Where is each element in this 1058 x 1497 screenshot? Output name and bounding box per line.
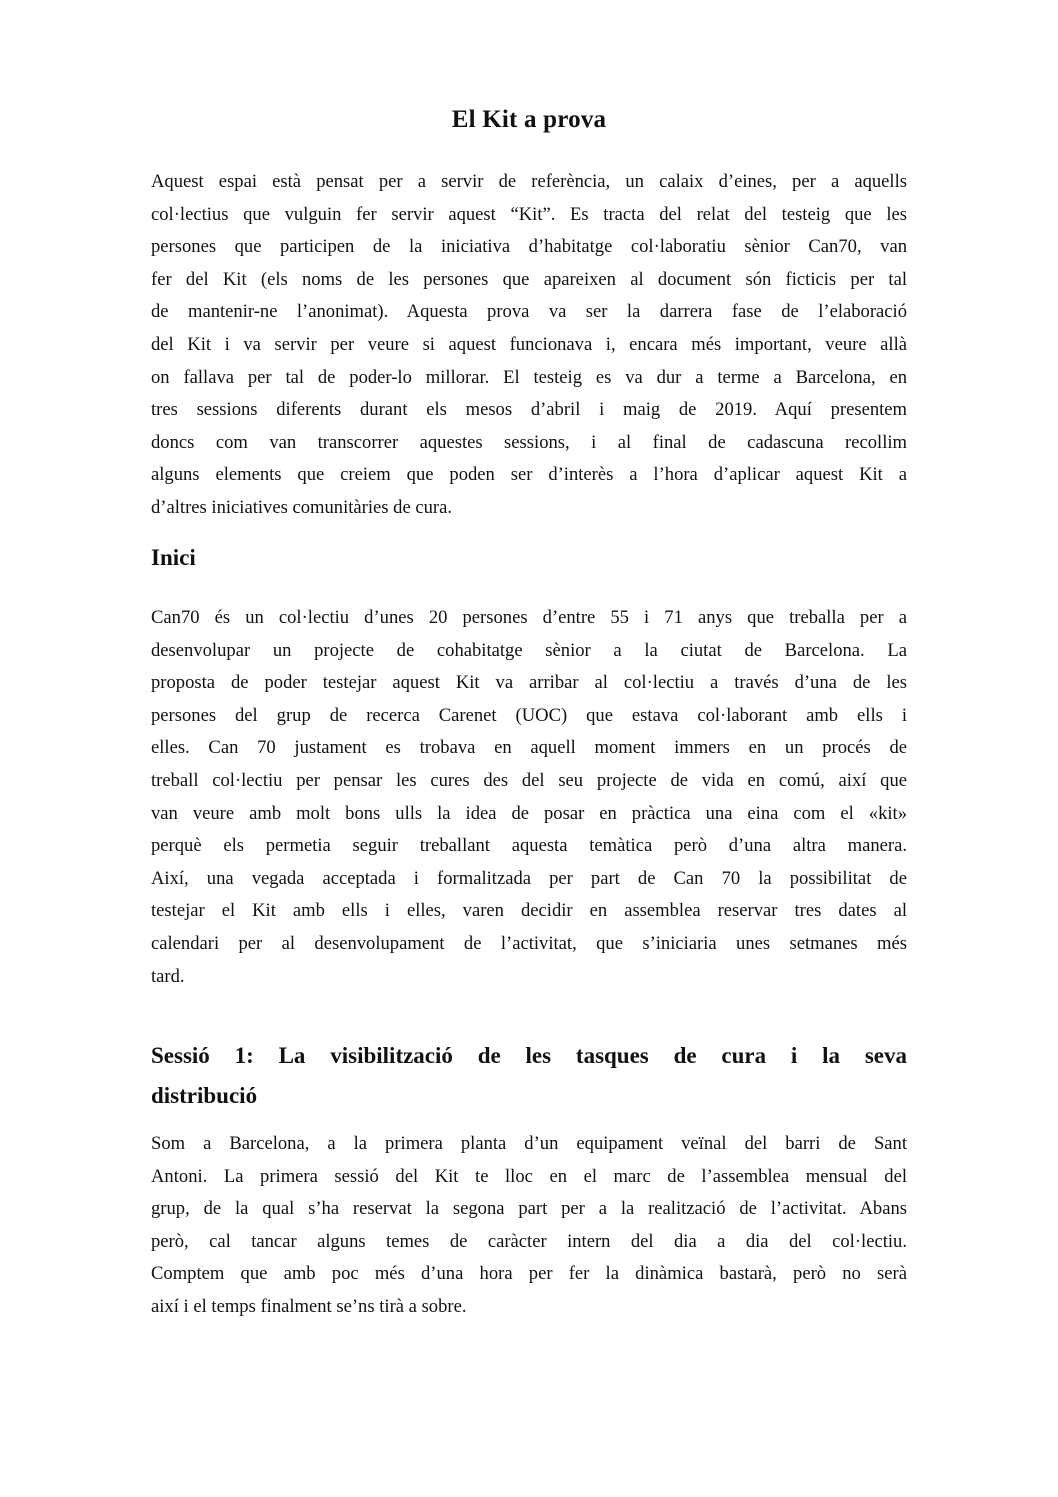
text-line: on fallava per tal de poder-lo millorar.… [151, 362, 907, 395]
text-line: elles. Can 70 justament es trobava en aq… [151, 732, 907, 765]
text-line: testejar el Kit amb ells i elles, varen … [151, 895, 907, 928]
document-page: El Kit a prova Aquest espai està pensat … [0, 0, 1058, 1497]
section-heading-inici: Inici [151, 538, 907, 578]
text-line: Aquest espai està pensat per a servir de… [151, 166, 907, 199]
text-line: proposta de poder testejar aquest Kit va… [151, 667, 907, 700]
text-line: persones del grup de recerca Carenet (UO… [151, 700, 907, 733]
text-line: Can70 és un col·lectiu d’unes 20 persone… [151, 602, 907, 635]
text-line: Antoni. La primera sessió del Kit te llo… [151, 1161, 907, 1194]
text-line: del Kit i va servir per veure si aquest … [151, 329, 907, 362]
heading-line: Sessió 1: La visibilització de les tasqu… [151, 1036, 907, 1076]
intro-paragraph: Aquest espai està pensat per a servir de… [151, 166, 907, 525]
page-title: El Kit a prova [0, 104, 1058, 136]
text-line: de mantenir-ne l’anonimat). Aquesta prov… [151, 296, 907, 329]
text-line: d’altres iniciatives comunitàries de cur… [151, 492, 907, 525]
text-line: Som a Barcelona, a la primera planta d’u… [151, 1128, 907, 1161]
section-heading-sessio-1: Sessió 1: La visibilització de les tasqu… [151, 1036, 907, 1116]
text-line: doncs com van transcorrer aquestes sessi… [151, 427, 907, 460]
text-line: van veure amb molt bons ulls la idea de … [151, 798, 907, 831]
text-line: Així, una vegada acceptada i formalitzad… [151, 863, 907, 896]
text-line: alguns elements que creiem que poden ser… [151, 459, 907, 492]
text-line: tres sessions diferents durant els mesos… [151, 394, 907, 427]
section-inici-paragraph: Can70 és un col·lectiu d’unes 20 persone… [151, 602, 907, 993]
text-line: tard. [151, 961, 907, 994]
text-line: perquè els permetia seguir treballant aq… [151, 830, 907, 863]
text-line: però, cal tancar alguns temes de caràcte… [151, 1226, 907, 1259]
text-line: així i el temps finalment se’ns tirà a s… [151, 1291, 907, 1324]
heading-line: Inici [151, 538, 907, 578]
text-line: desenvolupar un projecte de cohabitatge … [151, 635, 907, 668]
section-sessio-1-paragraph: Som a Barcelona, a la primera planta d’u… [151, 1128, 907, 1324]
text-line: Comptem que amb poc més d’una hora per f… [151, 1258, 907, 1291]
text-line: fer del Kit (els noms de les persones qu… [151, 264, 907, 297]
text-line: treball col·lectiu per pensar les cures … [151, 765, 907, 798]
text-line: col·lectius que vulguin fer servir aques… [151, 199, 907, 232]
text-line: grup, de la qual s’ha reservat la segona… [151, 1193, 907, 1226]
text-line: persones que participen de la iniciativa… [151, 231, 907, 264]
text-line: calendari per al desenvolupament de l’ac… [151, 928, 907, 961]
heading-line: distribució [151, 1076, 907, 1116]
